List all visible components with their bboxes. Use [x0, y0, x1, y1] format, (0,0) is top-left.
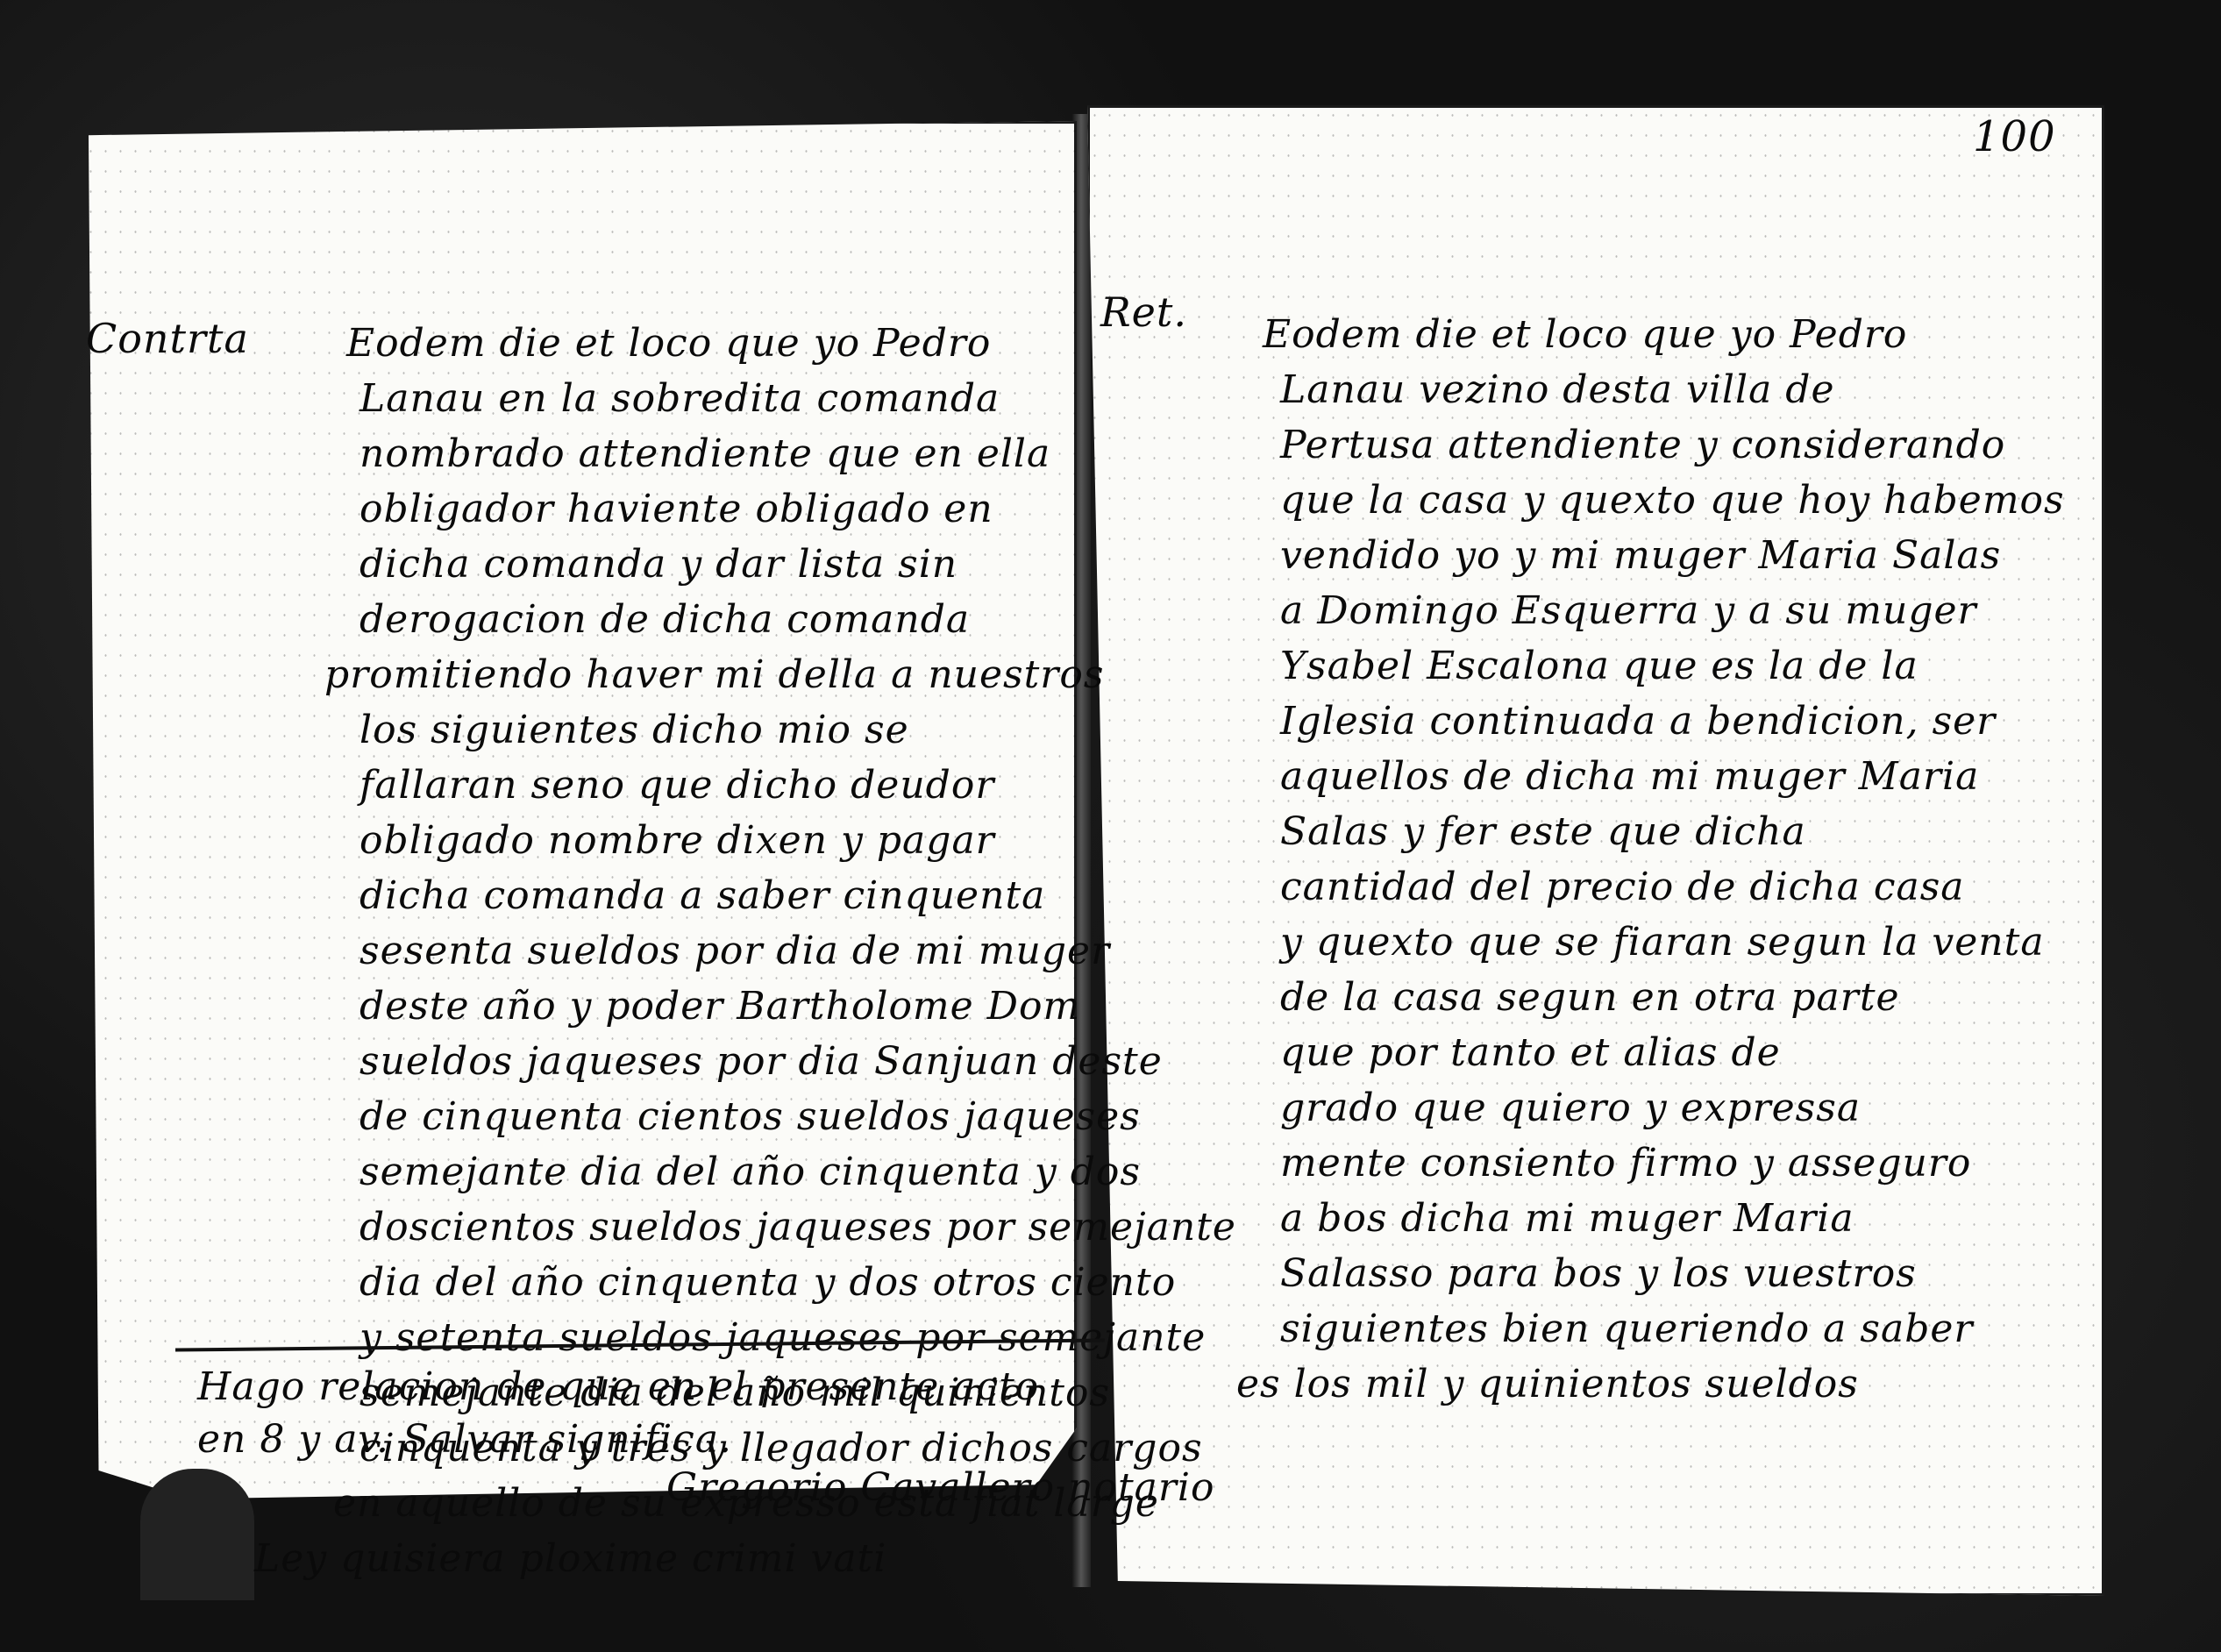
text-line: sesenta sueldos por dia de mi muger — [359, 923, 1110, 979]
text-line: es los mil y quinientos sueldos — [1236, 1356, 1859, 1412]
text-line: nombrado attendiente que en ella — [359, 426, 1050, 481]
text-line: derogacion de dicha comanda — [359, 592, 970, 647]
text-line: Salasso para bos y los vuestros — [1280, 1246, 1917, 1301]
text-line: fallaran seno que dicho deudor — [359, 758, 994, 813]
text-line: Eodem die et loco que yo Pedro — [346, 316, 991, 371]
text-line: Lanau vezino desta villa de — [1280, 362, 1835, 417]
text-line: promitiendo haver mi della a nuestros — [324, 647, 1104, 702]
right-margin-note: Ret. — [1100, 285, 1187, 340]
text-line: y setenta sueldos jaqueses por semejante — [359, 1310, 1206, 1365]
footnote-line: Hago relacion de que en el presente acto — [197, 1359, 1039, 1414]
text-line: que por tanto et alias de — [1280, 1025, 1781, 1080]
text-line: semejante dia del año cinquenta y dos — [359, 1144, 1141, 1200]
text-line: mente consiento firmo y asseguro — [1280, 1136, 1971, 1191]
text-line: a bos dicha mi muger Maria — [1280, 1191, 1854, 1246]
text-line: obligador haviente obligado en — [359, 481, 993, 537]
text-line: Iglesia continuada a bendicion, ser — [1280, 694, 1996, 749]
text-line: deste año y poder Bartholome Dom — [359, 979, 1080, 1034]
text-line: que la casa y quexto que hoy habemos — [1280, 473, 2065, 528]
text-line: Ley quisiera ploxime crimi vati — [254, 1531, 886, 1586]
text-line: de cinquenta cientos sueldos jaqueses — [359, 1089, 1141, 1144]
left-margin-note: Contrta — [86, 311, 249, 367]
text-line: Lanau en la sobredita comanda — [359, 371, 1000, 426]
text-line: Eodem die et loco que yo Pedro — [1263, 307, 1907, 362]
text-line: dicha comanda y dar lista sin — [359, 537, 957, 592]
text-line: dicha comanda a saber cinquenta — [359, 868, 1045, 923]
text-line: Salas y fer este que dicha — [1280, 804, 1806, 859]
folio-number: 100 — [1973, 110, 2056, 165]
text-line: doscientos sueldos jaqueses por semejant… — [359, 1200, 1236, 1255]
footnote-line: en 8 y av. Salvar significa. — [197, 1412, 732, 1467]
text-line: Ysabel Escalona que es la de la — [1280, 638, 1918, 694]
notary-signature: Gregorio Cavallero notario — [666, 1460, 1214, 1515]
text-line: a Domingo Esquerra y a su muger — [1280, 583, 1977, 638]
text-line: cantidad del precio de dicha casa — [1280, 859, 1965, 915]
page-tab — [140, 1469, 254, 1600]
text-line: sueldos jaqueses por dia Sanjuan deste — [359, 1034, 1163, 1089]
text-line: obligado nombre dixen y pagar — [359, 813, 995, 868]
text-line: aquellos de dicha mi muger Maria — [1280, 749, 1979, 804]
text-line: vendido yo y mi muger Maria Salas — [1280, 528, 2001, 583]
text-line: y quexto que se fiaran segun la venta — [1280, 915, 2045, 970]
text-line: de la casa segun en otra parte — [1280, 970, 1900, 1025]
text-line: grado que quiero y expressa — [1280, 1080, 1861, 1136]
text-line: siguientes bien queriendo a saber — [1280, 1301, 1973, 1356]
text-line: dia del año cinquenta y dos otros ciento — [359, 1255, 1176, 1310]
text-line: los siguientes dicho mio se — [359, 702, 909, 758]
text-line: Pertusa attendiente y considerando — [1280, 417, 2005, 473]
